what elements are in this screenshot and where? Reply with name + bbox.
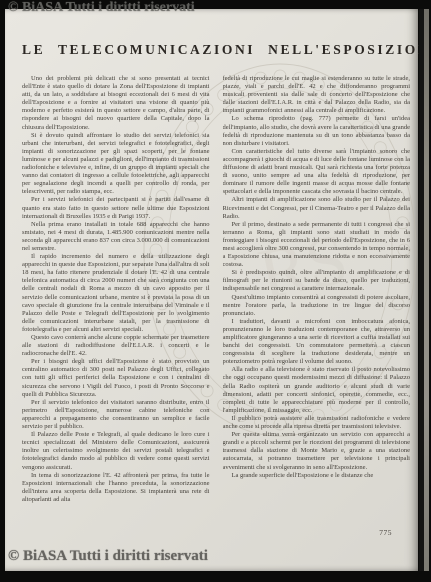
paragraph: Nella prima erano installati in totale 6… xyxy=(22,221,210,253)
paragraph: In tema di sonorizzazione l'E. 42 affron… xyxy=(22,472,210,504)
paragraph: Quest'ultimo impianto consentirà ai cong… xyxy=(223,294,411,318)
paragraph: Questo cavo conterrà anche alcune coppie… xyxy=(22,334,210,358)
page-number: 775 xyxy=(379,528,392,537)
copyright-watermark-top: © BiASA Tutti i diritti riservati xyxy=(8,0,195,16)
paragraph: fedeltà di riproduzione le cui maglie si… xyxy=(223,75,411,115)
paragraph: Per questa ultima verrà organizzato un s… xyxy=(223,431,411,471)
paragraph: Con caratteristiche del tutto diverse sa… xyxy=(223,148,411,197)
paragraph: Per i bisogni degli uffici dell'Esposizi… xyxy=(22,358,210,398)
paragraph: Per i servizi telefonici dei partecipant… xyxy=(22,196,210,220)
paragraph: Per il servizio telefonico dei visitator… xyxy=(22,399,210,431)
paragraph: La grande superficie dell'Esposizione e … xyxy=(223,472,411,480)
scan-bottom-band xyxy=(0,571,431,582)
paragraph: Il Palazzo delle Poste e Telegrafi, al q… xyxy=(22,431,210,471)
paragraph: Altri impianti di amplificazione sono al… xyxy=(223,196,411,220)
document-page: RS LE TELECOMUNICAZIONI NELL'ESPOSIZIONE… xyxy=(5,9,418,571)
paragraph: I traduttori, davanti a microfoni con im… xyxy=(223,318,411,367)
article-title: LE TELECOMUNICAZIONI NELL'ESPOSIZIONE xyxy=(22,42,412,58)
paragraph: Il pubblico potrà assistere alle trasmis… xyxy=(223,415,411,431)
copyright-watermark-bottom: © BiASA Tutti i diritti riservati xyxy=(8,548,208,565)
article-body: Uno dei problemi più delicati che si son… xyxy=(22,75,410,521)
paragraph: Uno dei problemi più delicati che si son… xyxy=(22,75,210,132)
paragraph: Si è dovuto quindi affrontare lo studio … xyxy=(22,132,210,197)
paragraph: Il rapido incremento del numero e della … xyxy=(22,253,210,334)
scan-left-band xyxy=(0,0,5,582)
text-column-left: Uno dei problemi più delicati che si son… xyxy=(22,75,210,521)
paragraph: Si è predisposto quindi, oltre all'impia… xyxy=(223,269,411,293)
paragraph: Lo schema riprodotto (pag. 777) permette… xyxy=(223,115,411,147)
paragraph: Per il primo, destinato a sede permanent… xyxy=(223,221,411,270)
paragraph: Alla radio e alla televisione è stato ri… xyxy=(223,366,411,415)
scanned-page-view: RS LE TELECOMUNICAZIONI NELL'ESPOSIZIONE… xyxy=(0,0,431,582)
text-column-right: fedeltà di riproduzione le cui maglie si… xyxy=(223,75,411,521)
